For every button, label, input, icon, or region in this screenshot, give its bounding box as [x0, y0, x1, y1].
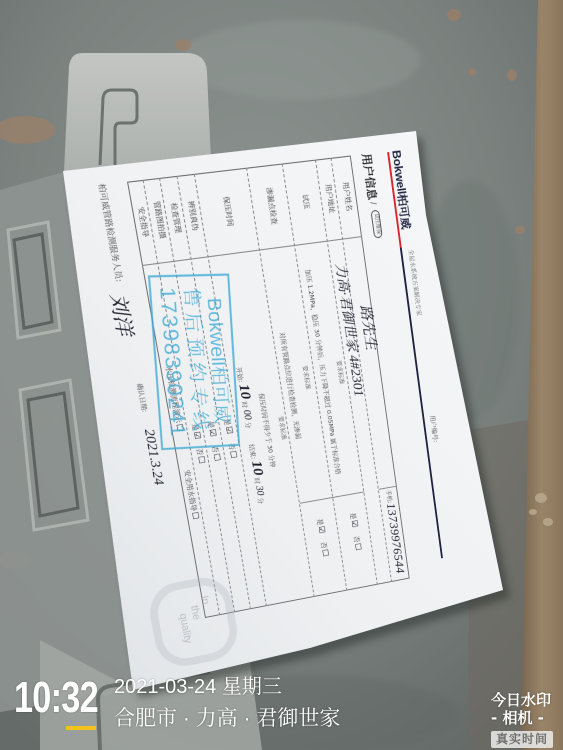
section-pill: 试压维保	[370, 210, 382, 239]
confirm-date-label: 确认日期:	[136, 383, 148, 413]
watermark-time: 10:32	[14, 676, 98, 720]
start-hour: 10	[235, 383, 252, 400]
watermark-location: 合肥市 · 力高 · 君御世家	[114, 708, 340, 729]
minute-unit: 分	[244, 422, 251, 429]
watermark-date: 2021-03-24 星期三	[114, 677, 282, 697]
minute-unit: 分	[257, 497, 264, 504]
row-label-pressure-test: 试压	[301, 194, 310, 210]
end-hour: 10	[248, 460, 265, 477]
section-title: 用户信息	[361, 153, 378, 200]
technician-label: 柏可威管路检测服务人员:	[97, 183, 123, 282]
end-minute: 30	[253, 485, 264, 496]
yes-label: 是	[316, 518, 323, 526]
no-checkbox: ☐	[228, 450, 237, 459]
service-stamp: Bokwell柏可威 售后预约专线 17398390241	[148, 273, 240, 450]
no-checkbox: ☐	[196, 456, 206, 465]
start-minute: 00	[241, 409, 252, 420]
end-label: 结束:	[248, 444, 257, 460]
phone-label: 手机:	[385, 490, 392, 504]
no-checkbox: ☐	[320, 549, 329, 558]
yes-checkbox: ☑	[350, 520, 359, 529]
watermark-time-underline	[66, 726, 96, 730]
option-checkbox: ☐	[190, 511, 200, 520]
yes-checkbox: ☑	[317, 526, 326, 535]
real-time-badge: 真实时间	[491, 731, 553, 748]
technician-signature: 刘洋	[106, 292, 134, 337]
user-number-label: 用户编号:	[429, 415, 438, 443]
watermark-app-subtitle: - 相机 -	[491, 711, 544, 726]
section-divider: /	[369, 201, 377, 205]
start-label: 开始:	[235, 367, 244, 383]
hour-unit: 时	[253, 477, 260, 484]
watermark-app-name: 今日水印	[491, 693, 551, 708]
paper-logo-text: the	[188, 605, 201, 621]
no-checkbox: ☐	[212, 453, 222, 462]
no-checkbox: ☐	[353, 543, 362, 552]
no-label: 否	[195, 448, 203, 456]
hour-unit: 时	[241, 401, 248, 408]
